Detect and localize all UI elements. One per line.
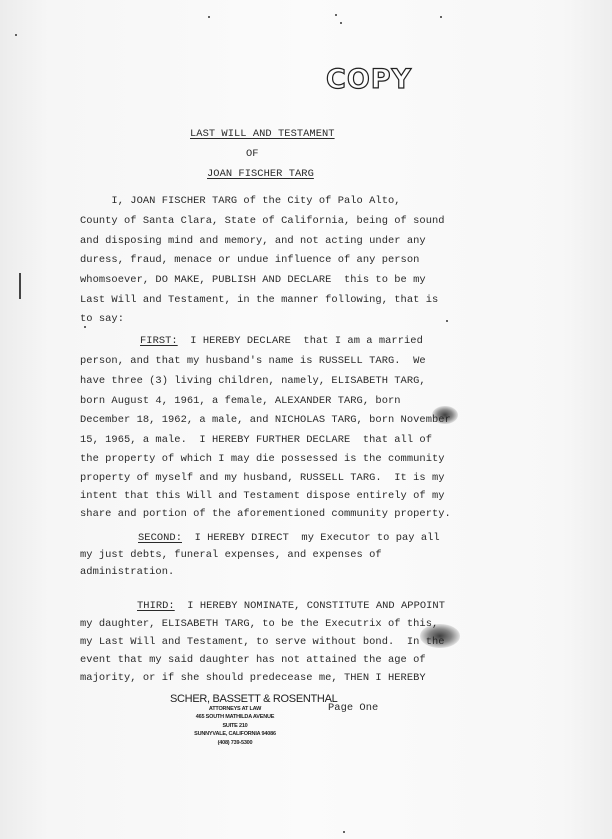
copy-stamp: COPY xyxy=(326,64,412,95)
firm-line: ATTORNEYS AT LAW xyxy=(170,705,300,713)
will-title: LAST WILL AND TESTAMENT xyxy=(190,128,335,140)
first-line: born August 4, 1961, a female, ALEXANDER… xyxy=(80,395,401,407)
preamble-line: to say: xyxy=(80,313,124,325)
third-line: majority, or if she should predecease me… xyxy=(80,672,426,684)
third-text: I HEREBY NOMINATE, CONSTITUTE AND APPOIN… xyxy=(175,600,445,612)
preamble-line: Last Will and Testament, in the manner f… xyxy=(80,294,438,306)
scan-smudge xyxy=(420,624,460,648)
scan-speck xyxy=(440,16,442,18)
firm-line: SUNNYVALE, CALIFORNIA 94086 xyxy=(170,730,300,738)
first-text: I HEREBY DECLARE that I am a married xyxy=(178,335,423,347)
scan-speck xyxy=(343,831,345,833)
preamble-line: duress, fraud, menace or undue influence… xyxy=(80,254,419,266)
first-line: December 18, 1962, a male, and NICHOLAS … xyxy=(80,414,451,426)
first-line: person, and that my husband's name is RU… xyxy=(80,355,426,367)
first-line: 15, 1965, a male. I HEREBY FURTHER DECLA… xyxy=(80,434,432,446)
document-page: COPY LAST WILL AND TESTAMENT OF JOAN FIS… xyxy=(0,0,612,839)
preamble-line: I, JOAN FISCHER TARG of the City of Palo… xyxy=(80,195,401,207)
will-title-of: OF xyxy=(246,148,259,160)
page-number: Page One xyxy=(328,702,378,714)
preamble-line: whomsoever, DO MAKE, PUBLISH AND DECLARE… xyxy=(80,274,426,286)
scan-speck xyxy=(340,22,342,24)
first-line: intent that this Will and Testament disp… xyxy=(80,490,445,502)
second-text: I HEREBY DIRECT my Executor to pay all xyxy=(182,532,440,544)
second-line: SECOND: I HEREBY DIRECT my Executor to p… xyxy=(138,532,440,544)
law-firm-letterhead: SCHER, BASSETT & ROSENTHAL ATTORNEYS AT … xyxy=(170,693,300,747)
preamble-line: County of Santa Clara, State of Californ… xyxy=(80,215,445,227)
first-line: share and portion of the aforementioned … xyxy=(80,508,451,520)
third-line: my daughter, ELISABETH TARG, to be the E… xyxy=(80,618,438,630)
first-line: the property of which I may die possesse… xyxy=(80,453,445,465)
first-line: property of myself and my husband, RUSSE… xyxy=(80,472,445,484)
scan-speck xyxy=(208,16,210,18)
first-line: FIRST: I HEREBY DECLARE that I am a marr… xyxy=(140,335,423,347)
scan-smudge xyxy=(432,406,458,424)
second-line: my just debts, funeral expenses, and exp… xyxy=(80,549,382,561)
scan-speck xyxy=(335,14,337,16)
preamble-line: and disposing mind and memory, and not a… xyxy=(80,235,426,247)
scan-speck xyxy=(15,34,17,36)
scan-speck xyxy=(84,326,86,328)
margin-mark xyxy=(19,273,21,299)
third-line: THIRD: I HEREBY NOMINATE, CONSTITUTE AND… xyxy=(137,600,445,612)
third-line: my Last Will and Testament, to serve wit… xyxy=(80,636,445,648)
third-line: event that my said daughter has not atta… xyxy=(80,654,426,666)
firm-line: (408) 739-5300 xyxy=(170,739,300,747)
first-heading: FIRST: xyxy=(140,335,178,347)
third-heading: THIRD: xyxy=(137,600,175,612)
firm-line: SUITE 210 xyxy=(170,722,300,730)
firm-line: 465 SOUTH MATHILDA AVENUE xyxy=(170,713,300,721)
first-line: have three (3) living children, namely, … xyxy=(80,375,426,387)
firm-name: SCHER, BASSETT & ROSENTHAL xyxy=(170,693,300,705)
scan-speck xyxy=(446,320,448,322)
second-line: administration. xyxy=(80,566,174,578)
second-heading: SECOND: xyxy=(138,532,182,544)
testator-name: JOAN FISCHER TARG xyxy=(207,168,314,180)
